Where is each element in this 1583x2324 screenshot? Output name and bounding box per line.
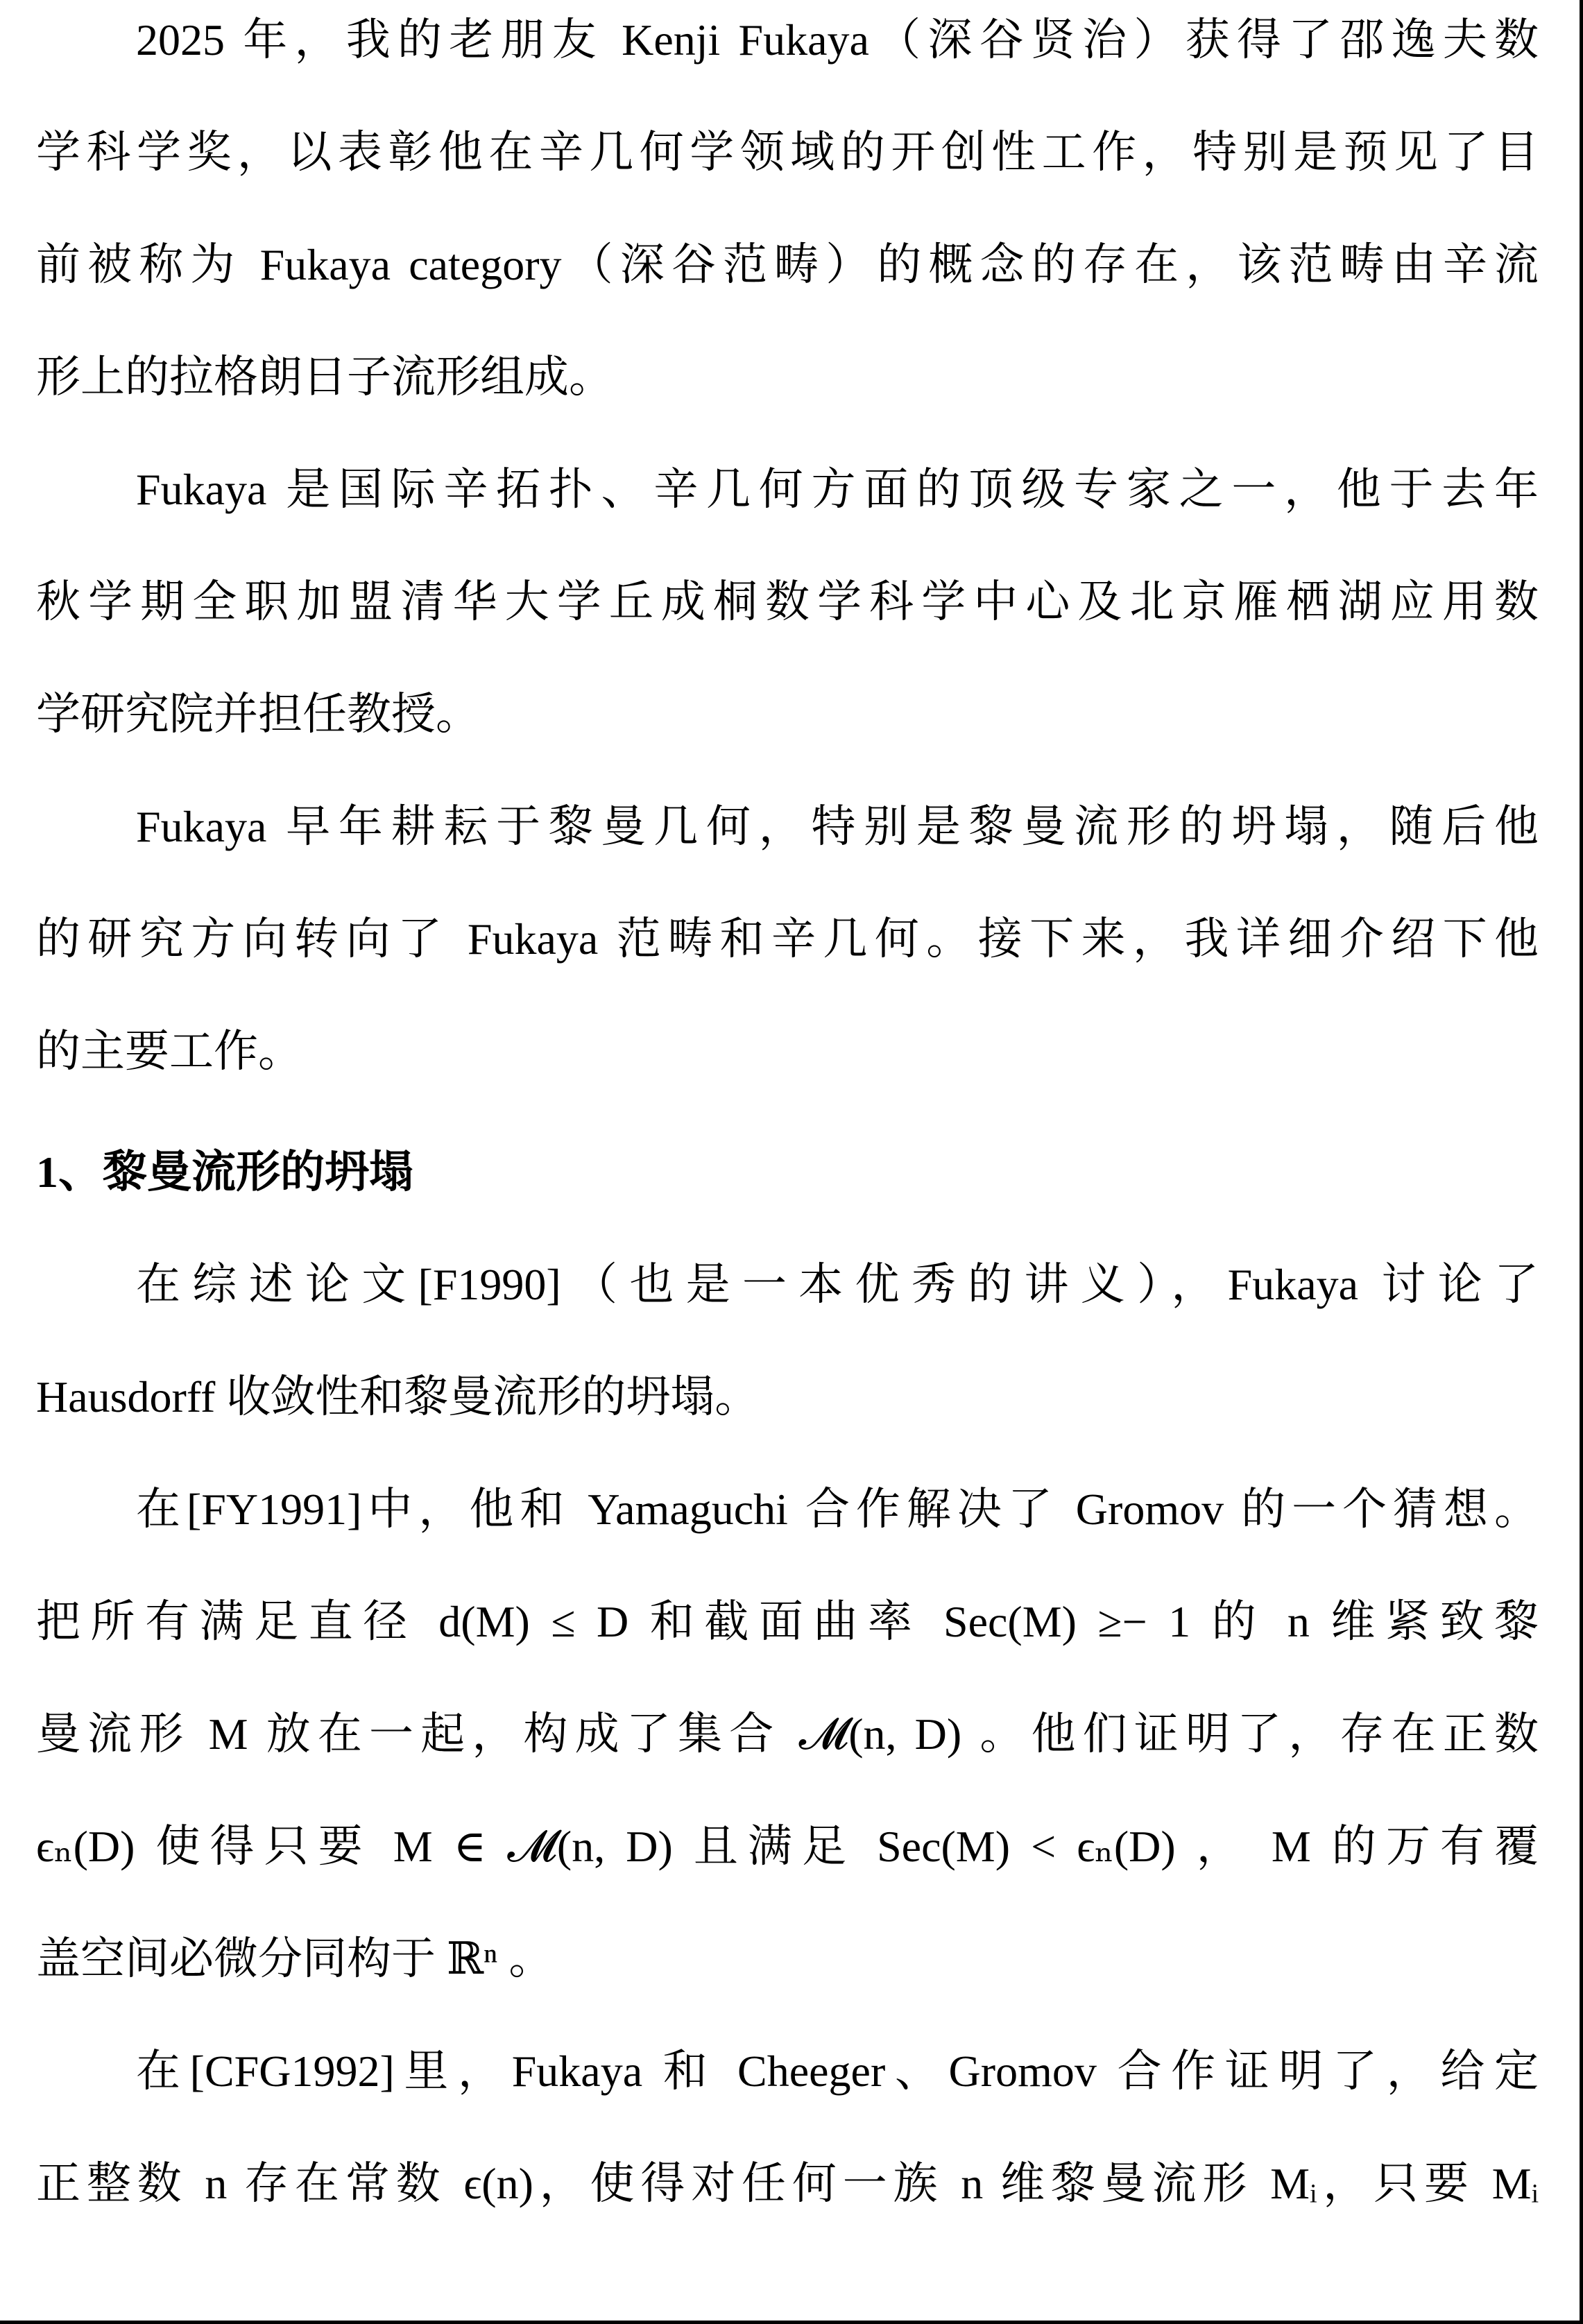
paragraph-1-line-1: 2025 年，我的老朋友 Kenji Fukaya（深谷贤治）获得了邵逸夫数 [136, 12, 1539, 68]
paragraph-2-line-3: 学研究院并担任教授。 [36, 687, 1539, 742]
paragraph-3-line-2: 的研究方向转向了 Fukaya 范畴和辛几何。接下来，我详细介绍下他 [36, 912, 1539, 967]
section-paragraph-2-line-3: 曼流形 M 放在一起，构成了集合 𝓜(n, D) 。他们证明了，存在正数 [36, 1707, 1539, 1762]
paragraph-3-line-1: Fukaya 早年耕耘于黎曼几何，特别是黎曼流形的坍塌，随后他 [136, 799, 1539, 855]
section-paragraph-3-line-2: 正整数 n 存在常数 ϵ(n)，使得对任何一族 n 维黎曼流形 Mᵢ，只要 Mᵢ [36, 2156, 1539, 2212]
section-paragraph-2-line-4: ϵₙ(D) 使得只要 M ∈ 𝓜(n, D) 且满足 Sec(M) < ϵₙ(D… [36, 1819, 1539, 1874]
paragraph-2-line-2: 秋学期全职加盟清华大学丘成桐数学科学中心及北京雁栖湖应用数 [36, 574, 1539, 630]
paragraph-1-line-3: 前被称为 Fukaya category（深谷范畴）的概念的存在，该范畴由辛流 [36, 237, 1539, 293]
section-paragraph-1-line-2: Hausdorff 收敛性和黎曼流形的坍塌。 [36, 1369, 1539, 1425]
paragraph-2-line-1: Fukaya 是国际辛拓扑、辛几何方面的顶级专家之一，他于去年 [136, 462, 1539, 518]
document-page: 2025 年，我的老朋友 Kenji Fukaya（深谷贤治）获得了邵逸夫数 学… [0, 0, 1583, 2324]
section-paragraph-2-line-2: 把所有满足直径 d(M) ≤ D 和截面曲率 Sec(M) ≥− 1 的 n 维… [36, 1594, 1539, 1650]
section-paragraph-1-line-1: 在综述论文[F1990]（也是一本优秀的讲义），Fukaya 讨论了 [136, 1257, 1539, 1313]
paragraph-1-line-4: 形上的拉格朗日子流形组成。 [36, 350, 1539, 405]
section-paragraph-2-line-1: 在[FY1991]中，他和 Yamaguchi 合作解决了 Gromov 的一个… [136, 1482, 1539, 1537]
paragraph-3-line-3: 的主要工作。 [36, 1024, 1539, 1079]
section-heading: 1、黎曼流形的坍塌 [36, 1145, 1539, 1200]
section-paragraph-2-line-5: 盖空间必微分同构于 ℝⁿ 。 [36, 1931, 1539, 1987]
section-paragraph-3-line-1: 在[CFG1992]里，Fukaya 和 Cheeger、Gromov 合作证明… [136, 2044, 1539, 2099]
paragraph-1-line-2: 学科学奖，以表彰他在辛几何学领域的开创性工作，特别是预见了目 [36, 125, 1539, 180]
